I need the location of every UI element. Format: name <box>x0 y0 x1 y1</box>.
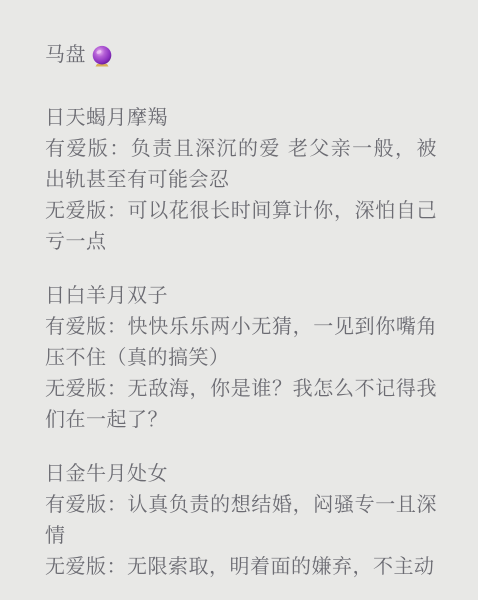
section-paragraph-loveless: 无爱版：无限索取，明着面的嫌弃，不主动 <box>45 552 437 583</box>
section-paragraph-loving: 有爱版：认真负责的想结婚，闷骚专一且深情 <box>45 490 437 552</box>
post-title-text: 马盘 <box>45 40 86 71</box>
section-aries-gemini: 日白羊月双子 有爱版：快快乐乐两小无猜，一见到你嘴角压不住（真的搞笑） 无爱版：… <box>45 281 437 436</box>
section-taurus-virgo: 日金牛月处女 有爱版：认真负责的想结婚，闷骚专一且深情 无爱版：无限索取，明着面… <box>45 459 437 583</box>
section-heading: 日天蝎月摩羯 <box>45 103 437 134</box>
section-paragraph-loving: 有爱版：快快乐乐两小无猜，一见到你嘴角压不住（真的搞笑） <box>45 312 437 374</box>
crystal-ball-icon <box>90 44 114 68</box>
section-paragraph-loving: 有爱版：负责且深沉的爱 老父亲一般，被出轨甚至有可能会忍 <box>45 134 437 196</box>
section-paragraph-loveless: 无爱版：可以花很长时间算计你，深怕自己亏一点 <box>45 196 437 258</box>
post-page: 马盘 日天蝎月摩羯 有爱版：负责且深沉的爱 老父亲一般，被出轨甚至有可能会忍 <box>0 0 478 600</box>
section-scorpio-capricorn: 日天蝎月摩羯 有爱版：负责且深沉的爱 老父亲一般，被出轨甚至有可能会忍 无爱版：… <box>45 103 437 258</box>
section-heading: 日金牛月处女 <box>45 459 437 490</box>
section-heading: 日白羊月双子 <box>45 281 437 312</box>
section-paragraph-loveless: 无爱版：无敌海，你是谁？我怎么不记得我们在一起了？ <box>45 374 437 436</box>
post-title: 马盘 <box>45 40 437 71</box>
